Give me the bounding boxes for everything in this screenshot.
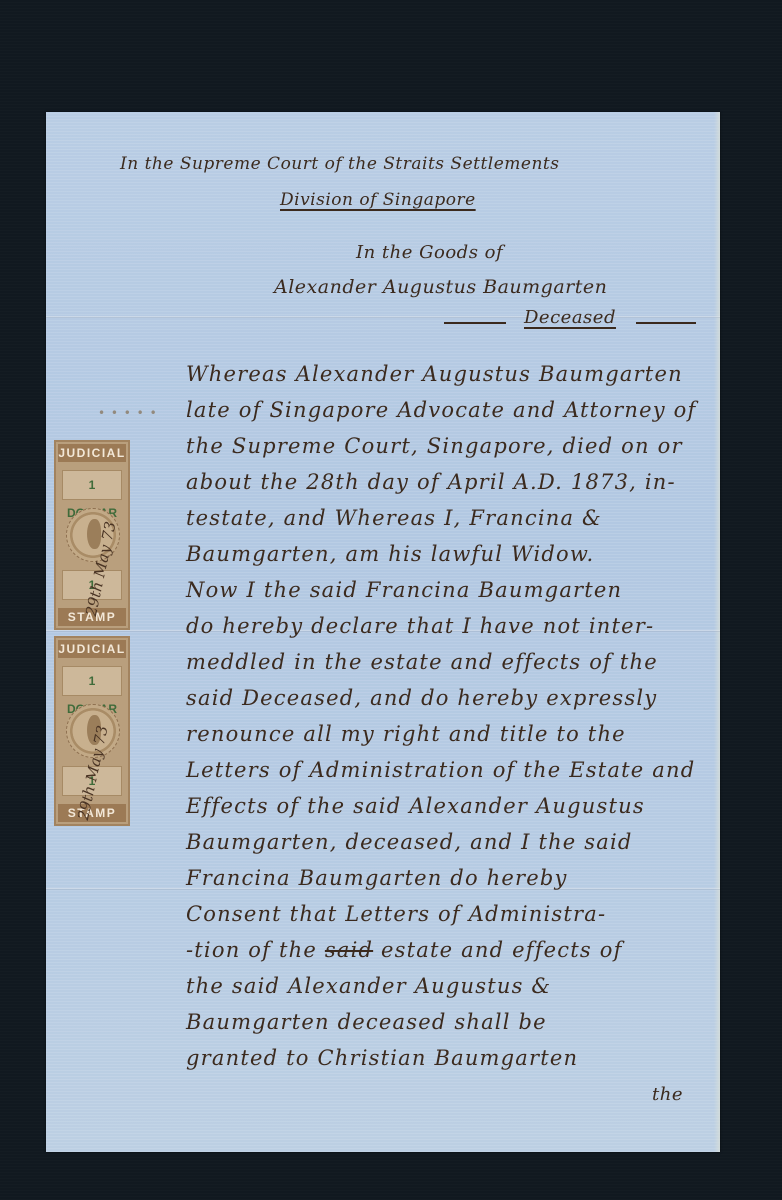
stamp-value-top: 1 DOLLAR — [62, 666, 122, 696]
stamp-top-label: JUDICIAL — [58, 444, 126, 462]
body-line: Baumgarten deceased shall be — [186, 1010, 547, 1034]
deceased-name: Alexander Augustus Baumgarten — [274, 276, 607, 298]
dash-right — [636, 322, 696, 324]
body-line: Now I the said Francina Baumgarten — [186, 578, 622, 602]
body-line: Whereas Alexander Augustus Baumgarten — [186, 362, 683, 386]
body-line-with-strikethrough: -tion of the said estate and effects of — [186, 938, 623, 962]
judicial-stamp: JUDICIAL 1 DOLLAR 1 DOLLAR STAMP 29th Ma… — [54, 440, 130, 630]
body-line: Consent that Letters of Administra- — [186, 902, 606, 926]
stamp-value-top: 1 DOLLAR — [62, 470, 122, 500]
body-line: said Deceased, and do hereby expressly — [186, 686, 657, 710]
body-line: Baumgarten, am his lawful Widow. — [186, 542, 594, 566]
document-page: In the Supreme Court of the Straits Sett… — [46, 112, 720, 1152]
body-line: do hereby declare that I have not inter- — [186, 614, 654, 638]
body-line: granted to Christian Baumgarten — [186, 1046, 578, 1070]
line-text-rest: estate and effects of — [381, 938, 623, 962]
body-line: the said Alexander Augustus & — [186, 974, 551, 998]
body-line: Letters of Administration of the Estate … — [186, 758, 695, 782]
division-heading: Division of Singapore — [280, 190, 476, 210]
struck-word: said — [325, 938, 373, 962]
deceased-label: Deceased — [524, 307, 616, 328]
body-line: about the 28th day of April A.D. 1873, i… — [186, 470, 676, 494]
margin-pencil-mark: • • • • • — [98, 406, 158, 420]
stamp-top-label: JUDICIAL — [58, 640, 126, 658]
court-heading: In the Supreme Court of the Straits Sett… — [120, 154, 559, 174]
body-line: meddled in the estate and effects of the — [186, 650, 658, 674]
catchword: the — [652, 1084, 683, 1105]
goods-heading: In the Goods of — [356, 242, 503, 263]
body-line: late of Singapore Advocate and Attorney … — [186, 398, 696, 422]
line-text: -tion of the — [186, 938, 317, 962]
fold-line — [46, 316, 720, 318]
dash-left — [444, 322, 506, 324]
body-line: the Supreme Court, Singapore, died on or — [186, 434, 683, 458]
body-line: Baumgarten, deceased, and I the said — [186, 830, 633, 854]
body-line: Effects of the said Alexander Augustus — [186, 794, 645, 818]
body-line: Francina Baumgarten do hereby — [186, 866, 568, 890]
judicial-stamp: JUDICIAL 1 DOLLAR 1 DOLLAR STAMP 29th Ma… — [54, 636, 130, 826]
body-line: renounce all my right and title to the — [186, 722, 626, 746]
body-line: testate, and Whereas I, Francina & — [186, 506, 602, 530]
